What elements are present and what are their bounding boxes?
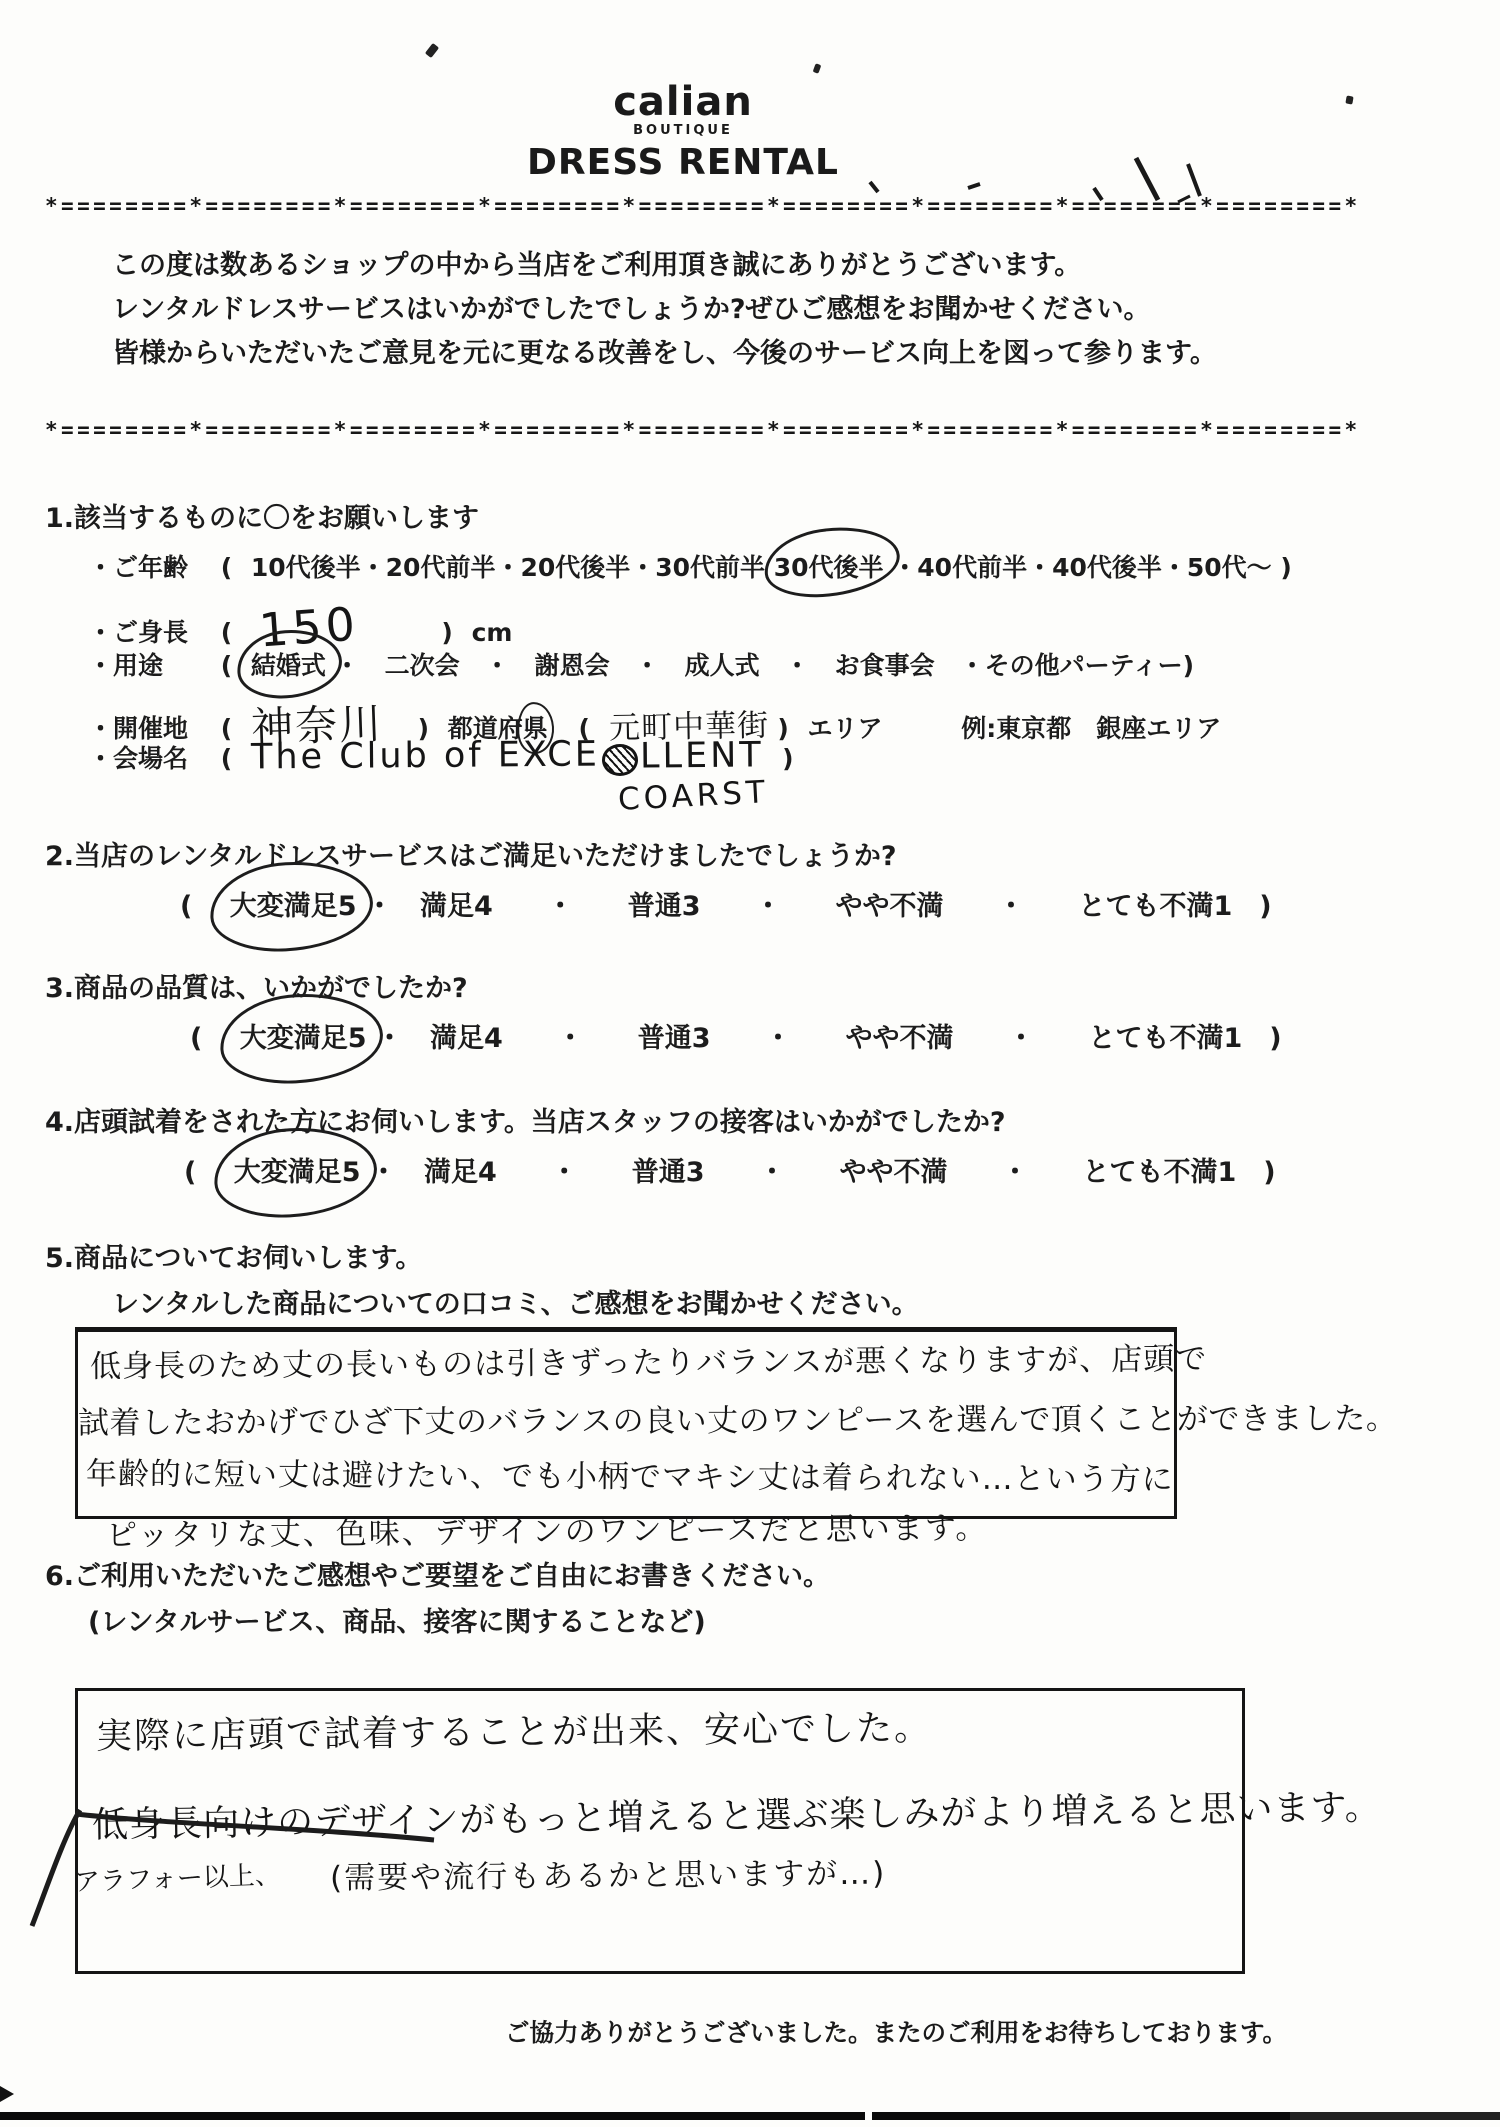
handwritten-venue-note: COARST bbox=[617, 774, 770, 818]
q1-purpose-selected-circled: 結婚式 bbox=[251, 646, 326, 682]
q5-heading: 5.商品についてお伺いします。 bbox=[45, 1236, 422, 1275]
q5-subheading: レンタルした商品についての口コミ、ご感想をお聞かせください。 bbox=[112, 1282, 919, 1321]
open-paren: ( bbox=[180, 891, 192, 922]
q2-selected-circled: 大変満足5 bbox=[230, 884, 357, 923]
q4-selected-circled: 大変満足5 bbox=[234, 1150, 361, 1189]
q5-answer-line-3: 年齢的に短い丈は避けたい、でも小柄でマキシ丈は着られない…という方に bbox=[86, 1448, 1174, 1499]
open-paren: ( bbox=[221, 553, 232, 582]
q6-answer-line-3: アラフォー以上、 bbox=[73, 1854, 281, 1898]
q5-answer-line-1: 低身長のため丈の長いものは引きずったりバランスが悪くなりますが、店頭で bbox=[90, 1333, 1208, 1386]
q4-options-row: ( 大変満足5 ・ 満足4 ・ 普通3 ・ やや不満 ・ とても不満1 ) bbox=[184, 1150, 1276, 1189]
q3-options-row: ( 大変満足5 ・ 満足4 ・ 普通3 ・ やや不満 ・ とても不満1 ) bbox=[190, 1016, 1282, 1055]
open-paren: ( bbox=[190, 1023, 202, 1054]
q1-heading: 1.該当するものに〇をお願いします bbox=[45, 496, 479, 535]
open-paren: ( bbox=[221, 618, 232, 647]
q1-age-options-pre: 10代後半・20代前半・20代後半・30代前半 bbox=[251, 553, 765, 582]
scan-artifact-tick bbox=[0, 2086, 14, 2102]
q1-age-options-post: ・40代前半・40代後半・50代〜 ) bbox=[892, 553, 1292, 582]
handwritten-venue-post: LLENT bbox=[640, 735, 764, 776]
q6-answer-line-4: (需要や流行もあるかと思いますが…) bbox=[330, 1848, 887, 1898]
q1-place-example: 例:東京都 銀座エリア bbox=[961, 714, 1221, 743]
q5-answer-line-4: ピッタリな丈、色味、デザインのワンピースだと思います。 bbox=[106, 1502, 989, 1555]
header: calian BOUTIQUE DRESS RENTAL bbox=[483, 82, 883, 183]
q6-subheading: (レンタルサービス、商品、接客に関することなど) bbox=[88, 1600, 706, 1639]
q2-heading: 2.当店のレンタルドレスサービスはご満足いただけましたでしょうか? bbox=[45, 834, 897, 873]
page-title: DRESS RENTAL bbox=[483, 142, 883, 183]
brand-logo-subtitle: BOUTIQUE bbox=[483, 123, 883, 138]
q3-heading: 3.商品の品質は、いかがでしたか? bbox=[45, 966, 468, 1005]
intro-line-1: この度は数あるショップの中から当店をご利用頂き誠にありがとうございます。 bbox=[112, 244, 1217, 288]
q6-heading: 6.ご利用いただいたご感想やご要望をご自由にお書きください。 bbox=[45, 1554, 830, 1593]
q1-age-selected-circled: 30代後半 bbox=[774, 548, 884, 584]
close-paren: ) bbox=[441, 618, 452, 647]
q4-options-rest: ・ 満足4 ・ 普通3 ・ やや不満 ・ とても不満1 ) bbox=[370, 1157, 1276, 1188]
q3-selected-circled: 大変満足5 bbox=[240, 1016, 367, 1055]
scan-speck bbox=[425, 43, 439, 58]
q1-height-unit: cm bbox=[472, 618, 513, 647]
divider-line-bottom: *========*========*========*========*===… bbox=[45, 418, 1380, 442]
q1-purpose-label: ・用途 bbox=[88, 646, 212, 682]
scan-speck bbox=[813, 63, 822, 74]
q2-options-row: ( 大変満足5 ・ 満足4 ・ 普通3 ・ やや不満 ・ とても不満1 ) bbox=[180, 884, 1272, 923]
scan-artifact-bar bbox=[0, 2112, 1500, 2120]
scan-speck bbox=[1345, 95, 1353, 104]
q3-options-rest: ・ 満足4 ・ 普通3 ・ やや不満 ・ とても不満1 ) bbox=[376, 1023, 1282, 1054]
footer-thanks: ご協力ありがとうございました。またのご利用をお待ちしております。 bbox=[505, 2014, 1287, 2049]
q1-height-row: ・ご身長 ( 150 ) cm bbox=[88, 598, 512, 652]
q5-answer-line-2: 試着したおかげでひざ下丈のバランスの良い丈のワンピースを選んで頂くことができまし… bbox=[78, 1393, 1397, 1443]
ink-scribble bbox=[602, 744, 638, 776]
q1-age-row: ・ご年齢 ( 10代後半・20代前半・20代後半・30代前半 30代後半 ・40… bbox=[88, 548, 1292, 584]
scanned-feedback-form: calian BOUTIQUE DRESS RENTAL *========*=… bbox=[0, 0, 1500, 2127]
q6-answer-line-1: 実際に店頭で試着することが出来、安心でした。 bbox=[96, 1700, 933, 1760]
q1-place-area-text: エリア bbox=[808, 714, 883, 743]
q1-venue-row: ・会場名 ( The Club of EXCELLENT ) bbox=[88, 736, 804, 776]
divider-line-top: *========*========*========*========*===… bbox=[45, 194, 1380, 218]
open-paren: ( bbox=[184, 1157, 196, 1188]
q1-purpose-row: ・用途 ( 結婚式 ・ 二次会 ・ 謝恩会 ・ 成人式 ・ お食事会 ・その他パ… bbox=[88, 646, 1194, 682]
intro-line-2: レンタルドレスサービスはいかがでしたでしょうか?ぜひご感想をお聞かせください。 bbox=[112, 288, 1217, 332]
intro-paragraph: この度は数あるショップの中から当店をご利用頂き誠にありがとうございます。 レンタ… bbox=[112, 244, 1217, 376]
q2-options-rest: ・ 満足4 ・ 普通3 ・ やや不満 ・ とても不満1 ) bbox=[366, 891, 1272, 922]
q1-venue-label: ・会場名 bbox=[88, 739, 212, 775]
close-paren: ) bbox=[782, 744, 793, 773]
q4-heading: 4.店頭試着をされた方にお伺いします。当店スタッフの接客はいかがでしたか? bbox=[45, 1100, 1006, 1139]
brand-logo: calian bbox=[483, 82, 883, 122]
intro-line-3: 皆様からいただいたご意見を元に更なる改善をし、今後のサービス向上を図って参ります… bbox=[112, 332, 1217, 376]
handwritten-venue-pre: The Club of EXCE bbox=[251, 734, 600, 777]
q1-age-label: ・ご年齢 bbox=[88, 548, 212, 584]
open-paren: ( bbox=[221, 744, 232, 773]
q1-height-label: ・ご身長 bbox=[88, 613, 212, 649]
open-paren: ( bbox=[221, 651, 232, 680]
q1-purpose-options-post: ・ 二次会 ・ 謝恩会 ・ 成人式 ・ お食事会 ・その他パーティー) bbox=[335, 651, 1194, 680]
